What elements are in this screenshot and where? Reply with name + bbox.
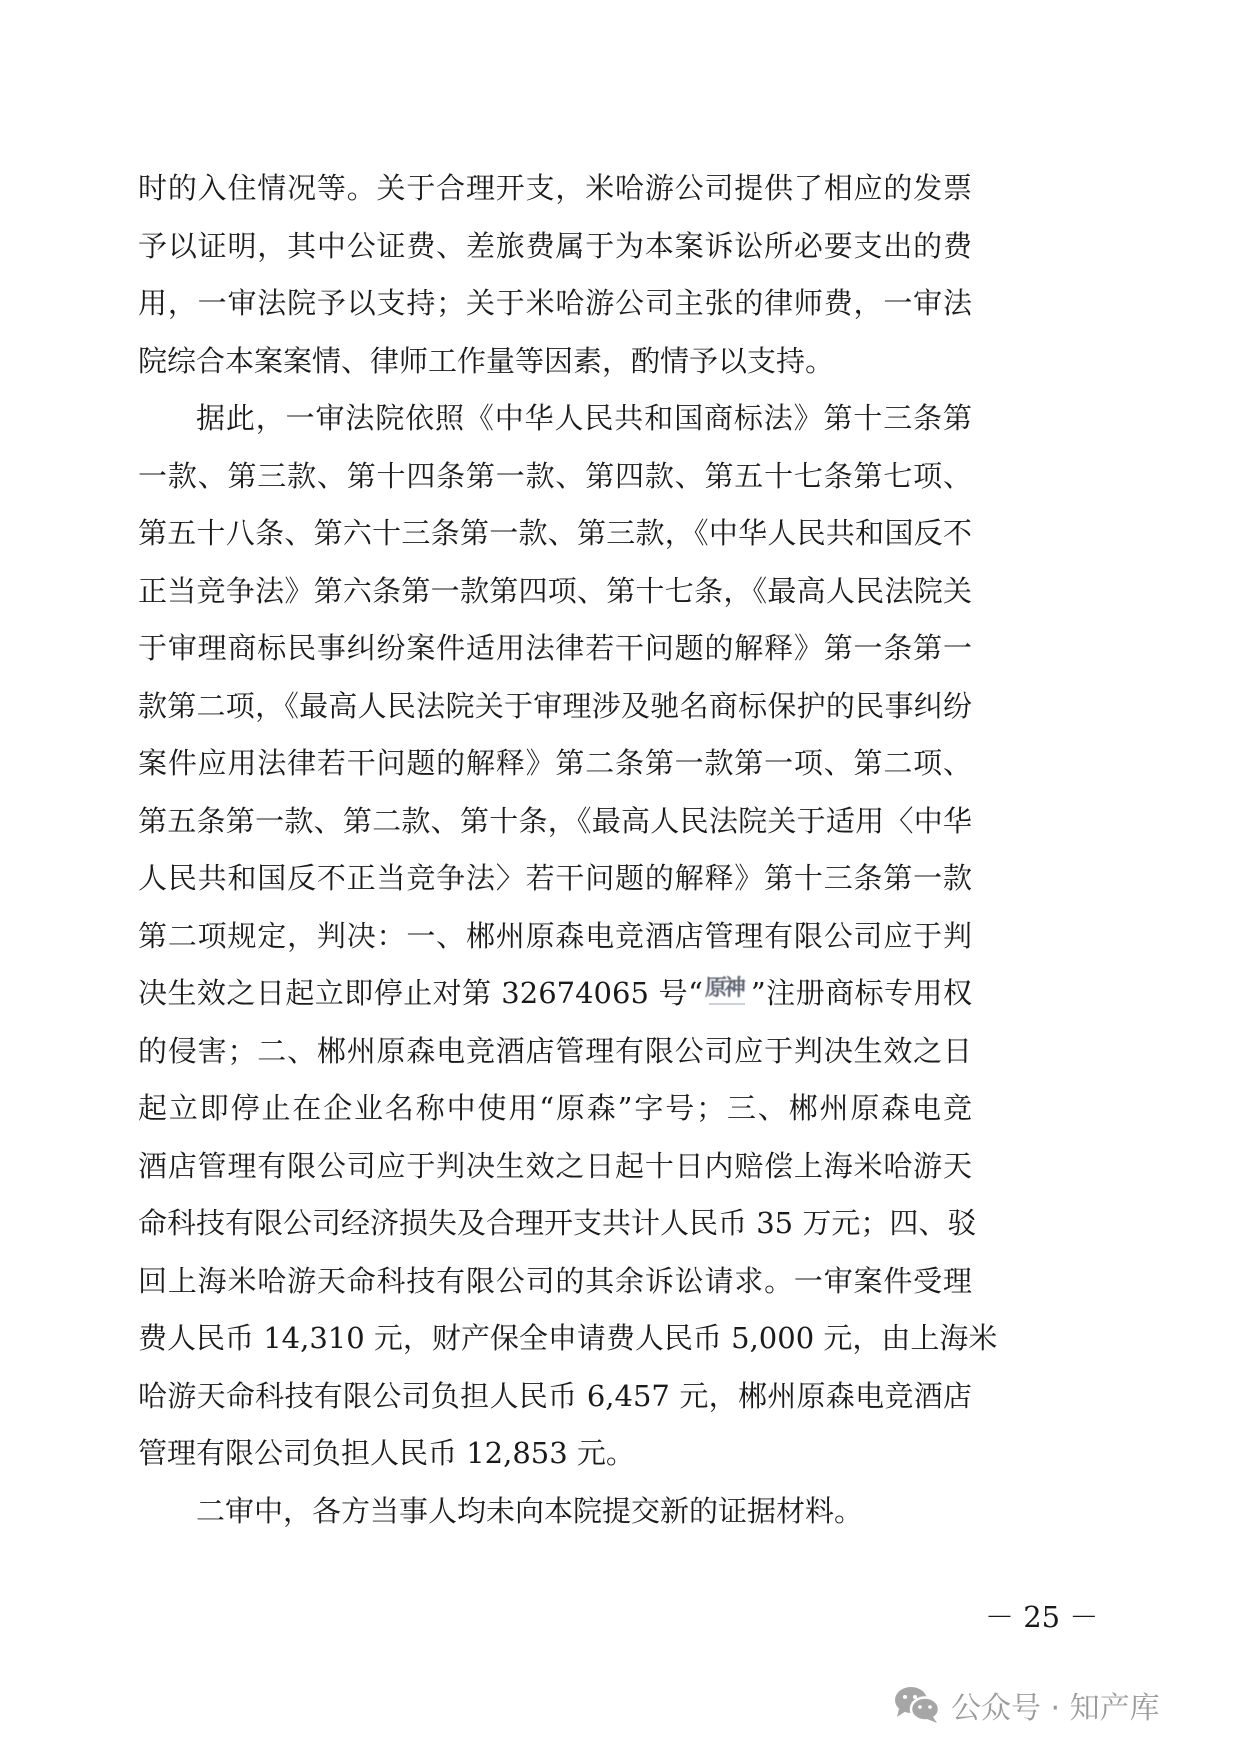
wechat-icon (893, 1685, 941, 1725)
text-segment: ”注册商标专用权 (751, 976, 972, 1010)
text-line: 时的入住情况等。关于合理开支，米哈游公司提供了相应的发票 (138, 168, 972, 208)
text-line: 据此，一审法院依照《中华人民共和国商标法》第十三条第 (196, 398, 972, 438)
text-line: 正当竞争法》第六条第一款第四项、第十七条，《最高人民法院关 (138, 571, 972, 611)
text-line: 管理有限公司负担人民币 12,853 元。 (138, 1433, 972, 1473)
text-line: 的侵害；二、郴州原森电竞酒店管理有限公司应于判决生效之日 (138, 1031, 972, 1071)
text-line: 人民共和国反不正当竞争法〉若干问题的解释》第十三条第一款 (138, 858, 972, 898)
text-line-with-trademark: 决生效之日起立即停止对第 32674065 号“原神”注册商标专用权 (138, 973, 972, 1013)
text-line: 予以证明，其中公证费、差旅费属于为本案诉讼所必要支出的费 (138, 226, 972, 266)
text-line: 第二项规定，判决：一、郴州原森电竞酒店管理有限公司应于判 (138, 916, 972, 956)
text-line: 二审中，各方当事人均未向本院提交新的证据材料。 (196, 1491, 972, 1531)
text-line: 用，一审法院予以支持；关于米哈游公司主张的律师费，一审法 (138, 283, 972, 323)
text-line: 款第二项，《最高人民法院关于审理涉及驰名商标保护的民事纠纷 (138, 686, 972, 726)
text-line: 费人民币 14,310 元，财产保全申请费人民币 5,000 元，由上海米 (138, 1318, 972, 1358)
trademark-image: 原神 (703, 973, 751, 1007)
text-line: 第五条第一款、第二款、第十条，《最高人民法院关于适用〈中华 (138, 801, 972, 841)
text-line: 一款、第三款、第十四条第一款、第四款、第五十七条第七项、 (138, 456, 972, 496)
text-line: 命科技有限公司经济损失及合理开支共计人民币 35 万元；四、驳 (138, 1203, 972, 1243)
text-line: 起立即停止在企业名称中使用“原森”字号；三、郴州原森电竞 (138, 1088, 972, 1128)
watermark-text: 公众号 · 知产库 (951, 1683, 1160, 1727)
text-line: 回上海米哈游天命科技有限公司的其余诉讼请求。一审案件受理 (138, 1261, 972, 1301)
text-line: 第五十八条、第六十三条第一款、第三款，《中华人民共和国反不 (138, 513, 972, 553)
text-line: 于审理商标民事纠纷案件适用法律若干问题的解释》第一条第一 (138, 628, 972, 668)
watermark: 公众号 · 知产库 (893, 1680, 1160, 1730)
page-number: － 25 － (985, 1597, 1098, 1637)
document-page: 时的入住情况等。关于合理开支，米哈游公司提供了相应的发票 予以证明，其中公证费、… (0, 0, 1240, 1754)
trademark-logo-text: 原神 (705, 975, 743, 1001)
text-line: 酒店管理有限公司应于判决生效之日起十日内赔偿上海米哈游天 (138, 1146, 972, 1186)
text-line: 院综合本案案情、律师工作量等因素，酌情予以支持。 (138, 341, 972, 381)
text-line: 哈游天命科技有限公司负担人民币 6,457 元，郴州原森电竞酒店 (138, 1376, 972, 1416)
text-segment: 决生效之日起立即停止对第 32674065 号“ (138, 976, 703, 1010)
text-line: 案件应用法律若干问题的解释》第二条第一款第一项、第二项、 (138, 743, 972, 783)
